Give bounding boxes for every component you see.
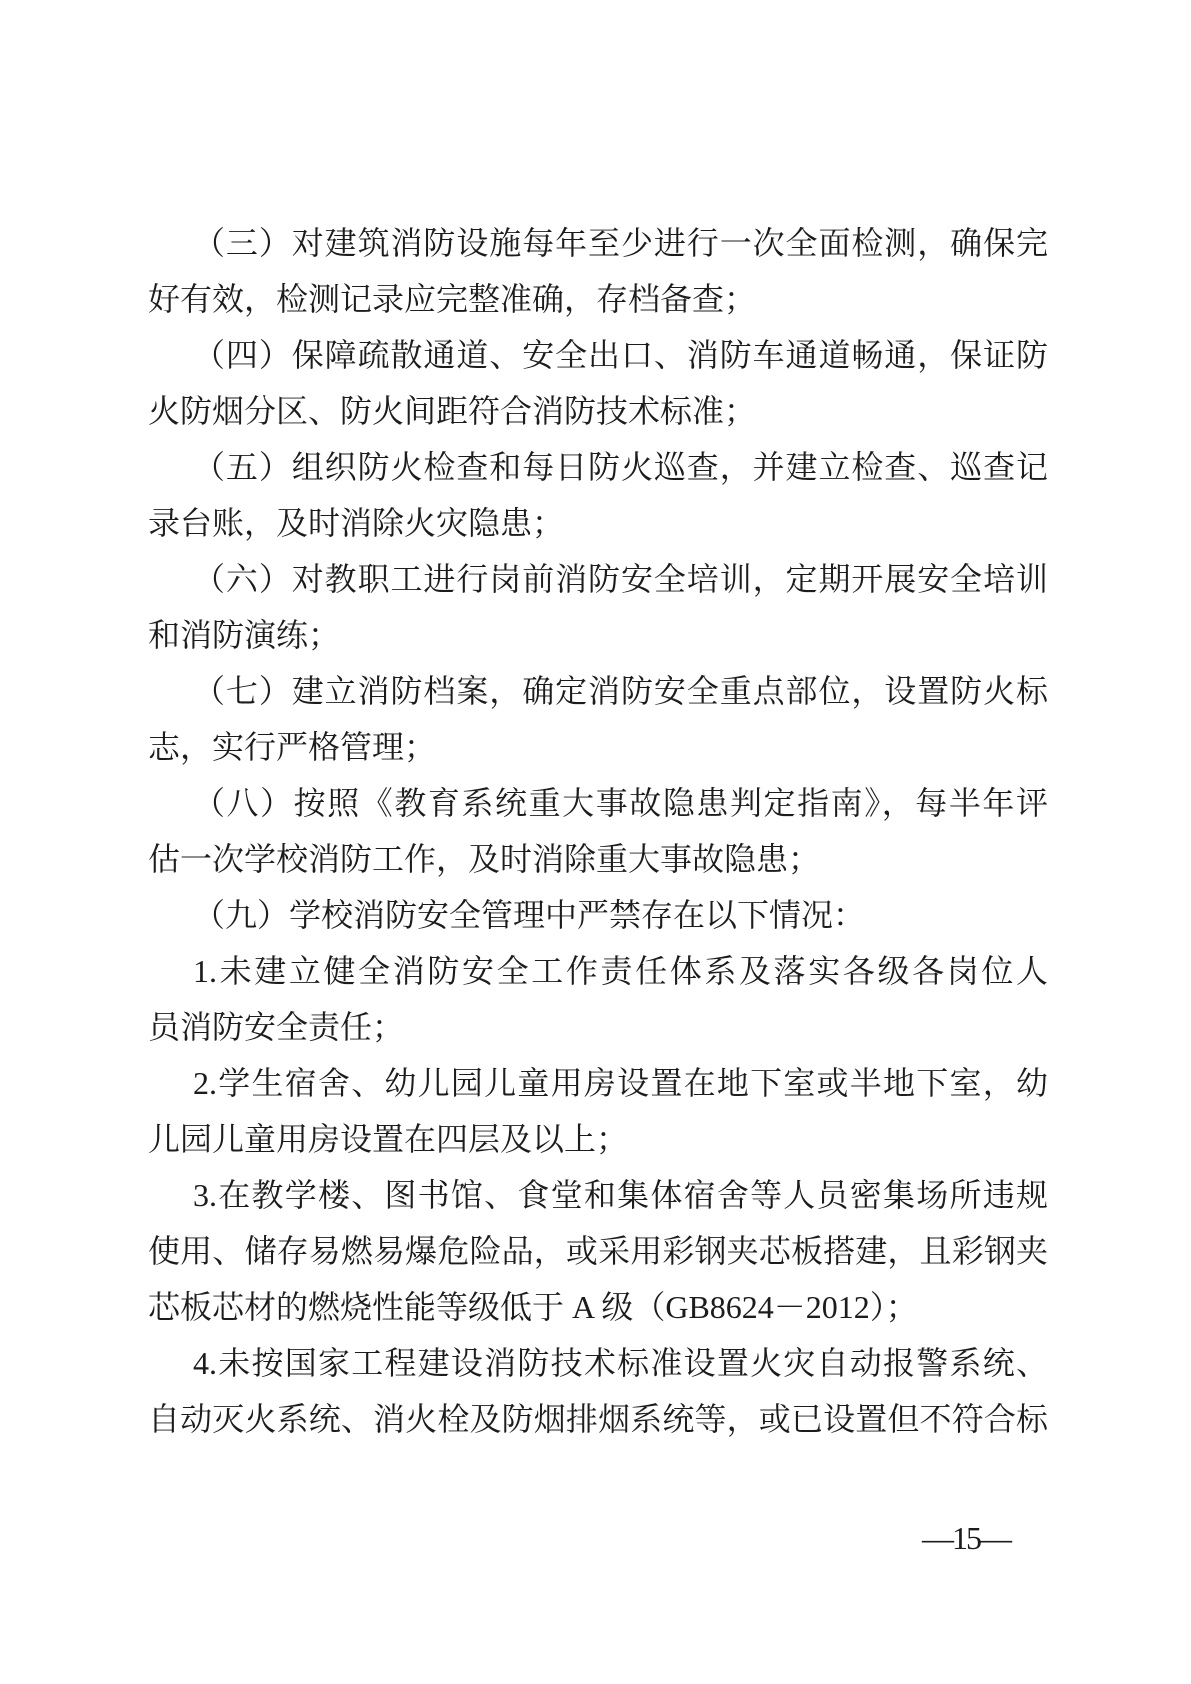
text-line: 录台账，及时消除火灾隐患； xyxy=(148,495,1048,551)
document-body: （三）对建筑消防设施每年至少进行一次全面检测，确保完好有效，检测记录应完整准确，… xyxy=(148,215,1048,1447)
text-line: （五）组织防火检查和每日防火巡查，并建立检查、巡查记 xyxy=(148,439,1048,495)
text-line: （九）学校消防安全管理中严禁存在以下情况： xyxy=(148,887,1048,943)
text-line: （八）按照《教育系统重大事故隐患判定指南》，每半年评 xyxy=(148,775,1048,831)
text-line: 好有效，检测记录应完整准确，存档备查； xyxy=(148,271,1048,327)
page-number: —15— xyxy=(922,1516,1010,1560)
text-line: 和消防演练； xyxy=(148,607,1048,663)
text-line: 估一次学校消防工作，及时消除重大事故隐患； xyxy=(148,831,1048,887)
text-line: 4.未按国家工程建设消防技术标准设置火灾自动报警系统、 xyxy=(148,1335,1048,1391)
text-line: 1.未建立健全消防安全工作责任体系及落实各级各岗位人 xyxy=(148,943,1048,999)
text-line: 2.学生宿舍、幼儿园儿童用房设置在地下室或半地下室，幼 xyxy=(148,1055,1048,1111)
text-line: 3.在教学楼、图书馆、食堂和集体宿舍等人员密集场所违规 xyxy=(148,1167,1048,1223)
text-line: 志，实行严格管理； xyxy=(148,719,1048,775)
text-line: 自动灭火系统、消火栓及防烟排烟系统等，或已设置但不符合标 xyxy=(148,1391,1048,1447)
text-line: （七）建立消防档案，确定消防安全重点部位，设置防火标 xyxy=(148,663,1048,719)
text-line: 儿园儿童用房设置在四层及以上； xyxy=(148,1111,1048,1167)
text-line: 员消防安全责任； xyxy=(148,999,1048,1055)
text-line: 火防烟分区、防火间距符合消防技术标准； xyxy=(148,383,1048,439)
document-page: （三）对建筑消防设施每年至少进行一次全面检测，确保完好有效，检测记录应完整准确，… xyxy=(0,0,1191,1684)
text-line: （三）对建筑消防设施每年至少进行一次全面检测，确保完 xyxy=(148,215,1048,271)
text-line: 芯板芯材的燃烧性能等级低于 A 级（GB8624－2012）； xyxy=(148,1279,1048,1335)
text-line: 使用、储存易燃易爆危险品，或采用彩钢夹芯板搭建，且彩钢夹 xyxy=(148,1223,1048,1279)
text-line: （六）对教职工进行岗前消防安全培训，定期开展安全培训 xyxy=(148,551,1048,607)
text-line: （四）保障疏散通道、安全出口、消防车通道畅通，保证防 xyxy=(148,327,1048,383)
